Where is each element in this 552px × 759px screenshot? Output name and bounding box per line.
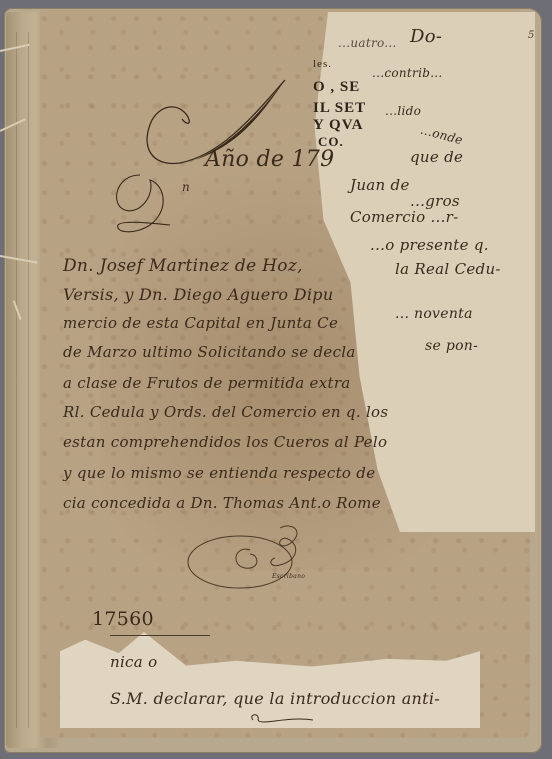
body-line: a clase de Frutos de permitida extra xyxy=(63,374,351,392)
printed-line: IL SET xyxy=(313,100,366,117)
fragment-text: la Real Cedu- xyxy=(395,260,501,278)
printed-line: O , SE xyxy=(313,79,360,96)
rubric-caption: Escribano xyxy=(272,573,305,580)
bottom-fragment-line: nica o xyxy=(110,653,157,671)
fragment-text: Juan de xyxy=(350,176,410,194)
fragment-text: se pon- xyxy=(425,338,478,354)
initial-suffix: n xyxy=(182,180,190,194)
fragment-text: ...o presente q. xyxy=(370,236,489,254)
body-line: de Marzo ultimo Solicitando se decla xyxy=(63,343,356,361)
bottom-fragment-line: S.M. declarar, que la introduccion anti- xyxy=(110,689,440,708)
fragment-text: ... noventa xyxy=(395,306,473,322)
body-line: y que lo mismo se entienda respecto de xyxy=(63,464,375,482)
printed-line: les. xyxy=(313,58,332,70)
body-line: estan comprehendidos los Cueros al Pelo xyxy=(63,433,387,451)
catalog-underline xyxy=(110,635,210,636)
body-line: Versis, y Dn. Diego Aguero Dipu xyxy=(63,285,333,304)
body-line: Dn. Josef Martinez de Hoz, xyxy=(63,256,303,276)
fragment-text: ...contrib... xyxy=(372,66,443,80)
page-number: 5 xyxy=(528,30,534,41)
catalog-number: 17560 xyxy=(92,608,154,630)
body-line: mercio de esta Capital en Junta Ce xyxy=(63,314,338,332)
manuscript-scan: 5 les. O , SE IL SET Y QVA CO. ...uatro.… xyxy=(0,0,552,759)
fragment-text: que de xyxy=(410,148,463,166)
fragment-text: Do- xyxy=(410,26,442,47)
fragment-text: ...uatro... xyxy=(338,36,397,50)
body-line: cia concedida a Dn. Thomas Ant.o Rome xyxy=(63,494,381,512)
printed-line: Y QVA xyxy=(313,117,363,134)
body-line: Rl. Cedula y Ords. del Comercio en q. lo… xyxy=(63,403,388,421)
fragment-text: Comercio ...r- xyxy=(350,208,459,226)
year-heading: Año de 179 xyxy=(205,147,334,172)
fragment-text: ...lido xyxy=(385,104,421,118)
